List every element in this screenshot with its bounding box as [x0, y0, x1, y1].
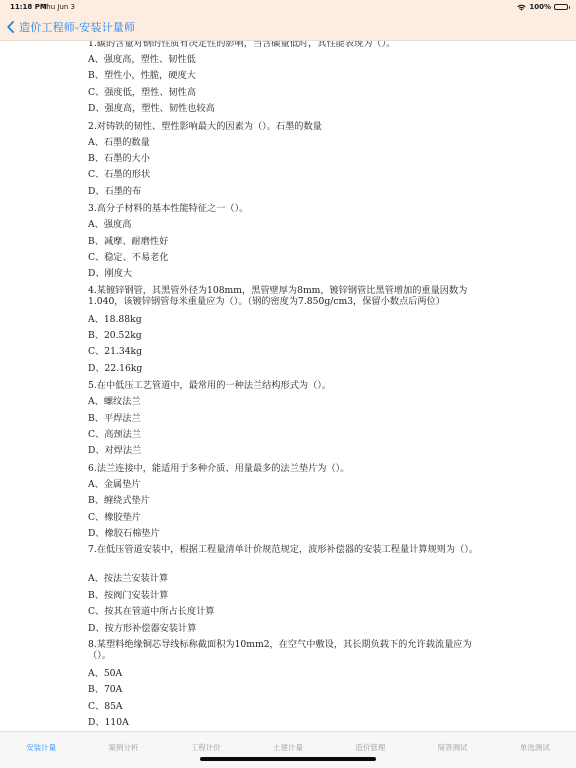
option-c[interactable]: C、按其在管道中所占长度计算: [88, 604, 488, 620]
question-item: 8.某塑料绝缘铜芯导线标称截面积为10mm2，在空气中敷设，其长期负载下的允许载…: [88, 637, 488, 731]
option-d[interactable]: D、22.16kg: [88, 361, 488, 377]
home-indicator[interactable]: [200, 757, 376, 761]
tab-short-answer-test[interactable]: 简答测试: [411, 732, 493, 768]
question-item: 7.在低压管道安装中，根据工程量清单计价规范规定，波形补偿器的安装工程量计算规则…: [88, 542, 488, 637]
option-c[interactable]: C、稳定、不易老化: [88, 250, 488, 266]
nav-back-title: 造价工程师-安装计量师: [19, 19, 135, 35]
tab-civil-measurement[interactable]: 土建计量: [247, 732, 329, 768]
option-a[interactable]: A、螺纹法兰: [88, 394, 488, 410]
tab-install-measurement[interactable]: 安装计量: [0, 732, 82, 768]
question-item: 4.某镀锌钢管，其黑管外径为108mm，黑管壁厚为8mm，镀锌钢管比黑管增加的重…: [88, 283, 488, 378]
option-d[interactable]: D、110A: [88, 715, 488, 731]
tab-cost-management[interactable]: 造价管理: [329, 732, 411, 768]
wifi-icon: [517, 4, 526, 11]
question-text: 3.高分子材料的基本性能特征之一（）。: [88, 200, 488, 217]
question-item: 5.在中低压工艺管道中，最常用的一种法兰结构形式为（）。 A、螺纹法兰 B、平焊…: [88, 377, 488, 460]
tab-bar: 安装计量 案例分析 工程计价 土建计量 造价管理 简答测试 单选测试: [0, 731, 576, 768]
option-b[interactable]: B、缠绕式垫片: [88, 493, 488, 509]
option-a[interactable]: A、50A: [88, 666, 488, 682]
option-b[interactable]: B、70A: [88, 682, 488, 698]
status-date: Thu Jun 3: [42, 3, 75, 11]
option-d[interactable]: D、对焊法兰: [88, 443, 488, 459]
option-a[interactable]: A、石墨的数量: [88, 135, 488, 151]
app-screen: 11:18 PM Thu Jun 3 100% 造价工程师-安装计量师 1.碳的: [0, 0, 576, 768]
header: 11:18 PM Thu Jun 3 100% 造价工程师-安装计量师: [0, 0, 576, 41]
option-c[interactable]: C、85A: [88, 699, 488, 715]
option-c[interactable]: C、石墨的形状: [88, 167, 488, 183]
battery-percent: 100%: [529, 3, 551, 11]
question-list-scroll[interactable]: 1.碳的含量对钢的性质有决定性的影响，当含碳量低时，其性能表现为（）。 A、强度…: [0, 41, 576, 731]
option-a[interactable]: A、按法兰安装计算: [88, 571, 488, 587]
back-button[interactable]: 造价工程师-安装计量师: [0, 17, 135, 37]
tab-engineering-pricing[interactable]: 工程计价: [165, 732, 247, 768]
option-b[interactable]: B、平焊法兰: [88, 411, 488, 427]
status-bar: 11:18 PM Thu Jun 3 100%: [0, 0, 576, 14]
question-item: 2.对铸铁的韧性、塑性影响最大的因素为（）。石墨的数量 A、石墨的数量 B、石墨…: [88, 118, 488, 201]
question-text: 6.法兰连接中，能适用于多种介质、用量最多的法兰垫片为（）。: [88, 460, 488, 477]
option-a[interactable]: A、18.88kg: [88, 312, 488, 328]
option-a[interactable]: A、金属垫片: [88, 477, 488, 493]
option-c[interactable]: C、橡胶垫片: [88, 510, 488, 526]
question-text: 5.在中低压工艺管道中，最常用的一种法兰结构形式为（）。: [88, 377, 488, 394]
option-d[interactable]: D、石墨的布: [88, 184, 488, 200]
tab-case-analysis[interactable]: 案例分析: [82, 732, 164, 768]
chevron-left-icon: [6, 21, 15, 33]
battery-icon: [554, 4, 568, 10]
option-b[interactable]: B、塑性小，性脆，硬度大: [88, 68, 488, 84]
option-c[interactable]: C、21.34kg: [88, 344, 488, 360]
question-text: 7.在低压管道安装中，根据工程量清单计价规范规定，波形补偿器的安装工程量计算规则…: [88, 542, 488, 571]
option-d[interactable]: D、橡胶石棉垫片: [88, 526, 488, 542]
option-d[interactable]: D、按方形补偿器安装计算: [88, 621, 488, 637]
option-b[interactable]: B、石墨的大小: [88, 151, 488, 167]
option-d[interactable]: D、强度高，塑性、韧性也较高: [88, 101, 488, 117]
option-c[interactable]: C、强度低，塑性、韧性高: [88, 85, 488, 101]
question-text: 1.碳的含量对钢的性质有决定性的影响，当含碳量低时，其性能表现为（）。: [88, 41, 488, 52]
option-a[interactable]: A、强度高，塑性、韧性低: [88, 52, 488, 68]
tab-single-choice-test[interactable]: 单选测试: [494, 732, 576, 768]
question-item: 6.法兰连接中，能适用于多种介质、用量最多的法兰垫片为（）。 A、金属垫片 B、…: [88, 460, 488, 543]
option-b[interactable]: B、减摩、耐磨性好: [88, 234, 488, 250]
status-right: 100%: [517, 3, 568, 11]
question-text: 2.对铸铁的韧性、塑性影响最大的因素为（）。石墨的数量: [88, 118, 488, 135]
question-text: 4.某镀锌钢管，其黑管外径为108mm，黑管壁厚为8mm，镀锌钢管比黑管增加的重…: [88, 283, 488, 312]
question-item: 1.碳的含量对钢的性质有决定性的影响，当含碳量低时，其性能表现为（）。 A、强度…: [88, 41, 488, 118]
option-c[interactable]: C、高颈法兰: [88, 427, 488, 443]
option-b[interactable]: B、按阀门安装计算: [88, 588, 488, 604]
question-list: 1.碳的含量对钢的性质有决定性的影响，当含碳量低时，其性能表现为（）。 A、强度…: [88, 41, 488, 731]
question-item: 3.高分子材料的基本性能特征之一（）。 A、强度高 B、减摩、耐磨性好 C、稳定…: [88, 200, 488, 283]
option-d[interactable]: D、刚度大: [88, 266, 488, 282]
option-b[interactable]: B、20.52kg: [88, 328, 488, 344]
option-a[interactable]: A、强度高: [88, 217, 488, 233]
question-text: 8.某塑料绝缘铜芯导线标称截面积为10mm2，在空气中敷设，其长期负载下的允许载…: [88, 637, 488, 666]
